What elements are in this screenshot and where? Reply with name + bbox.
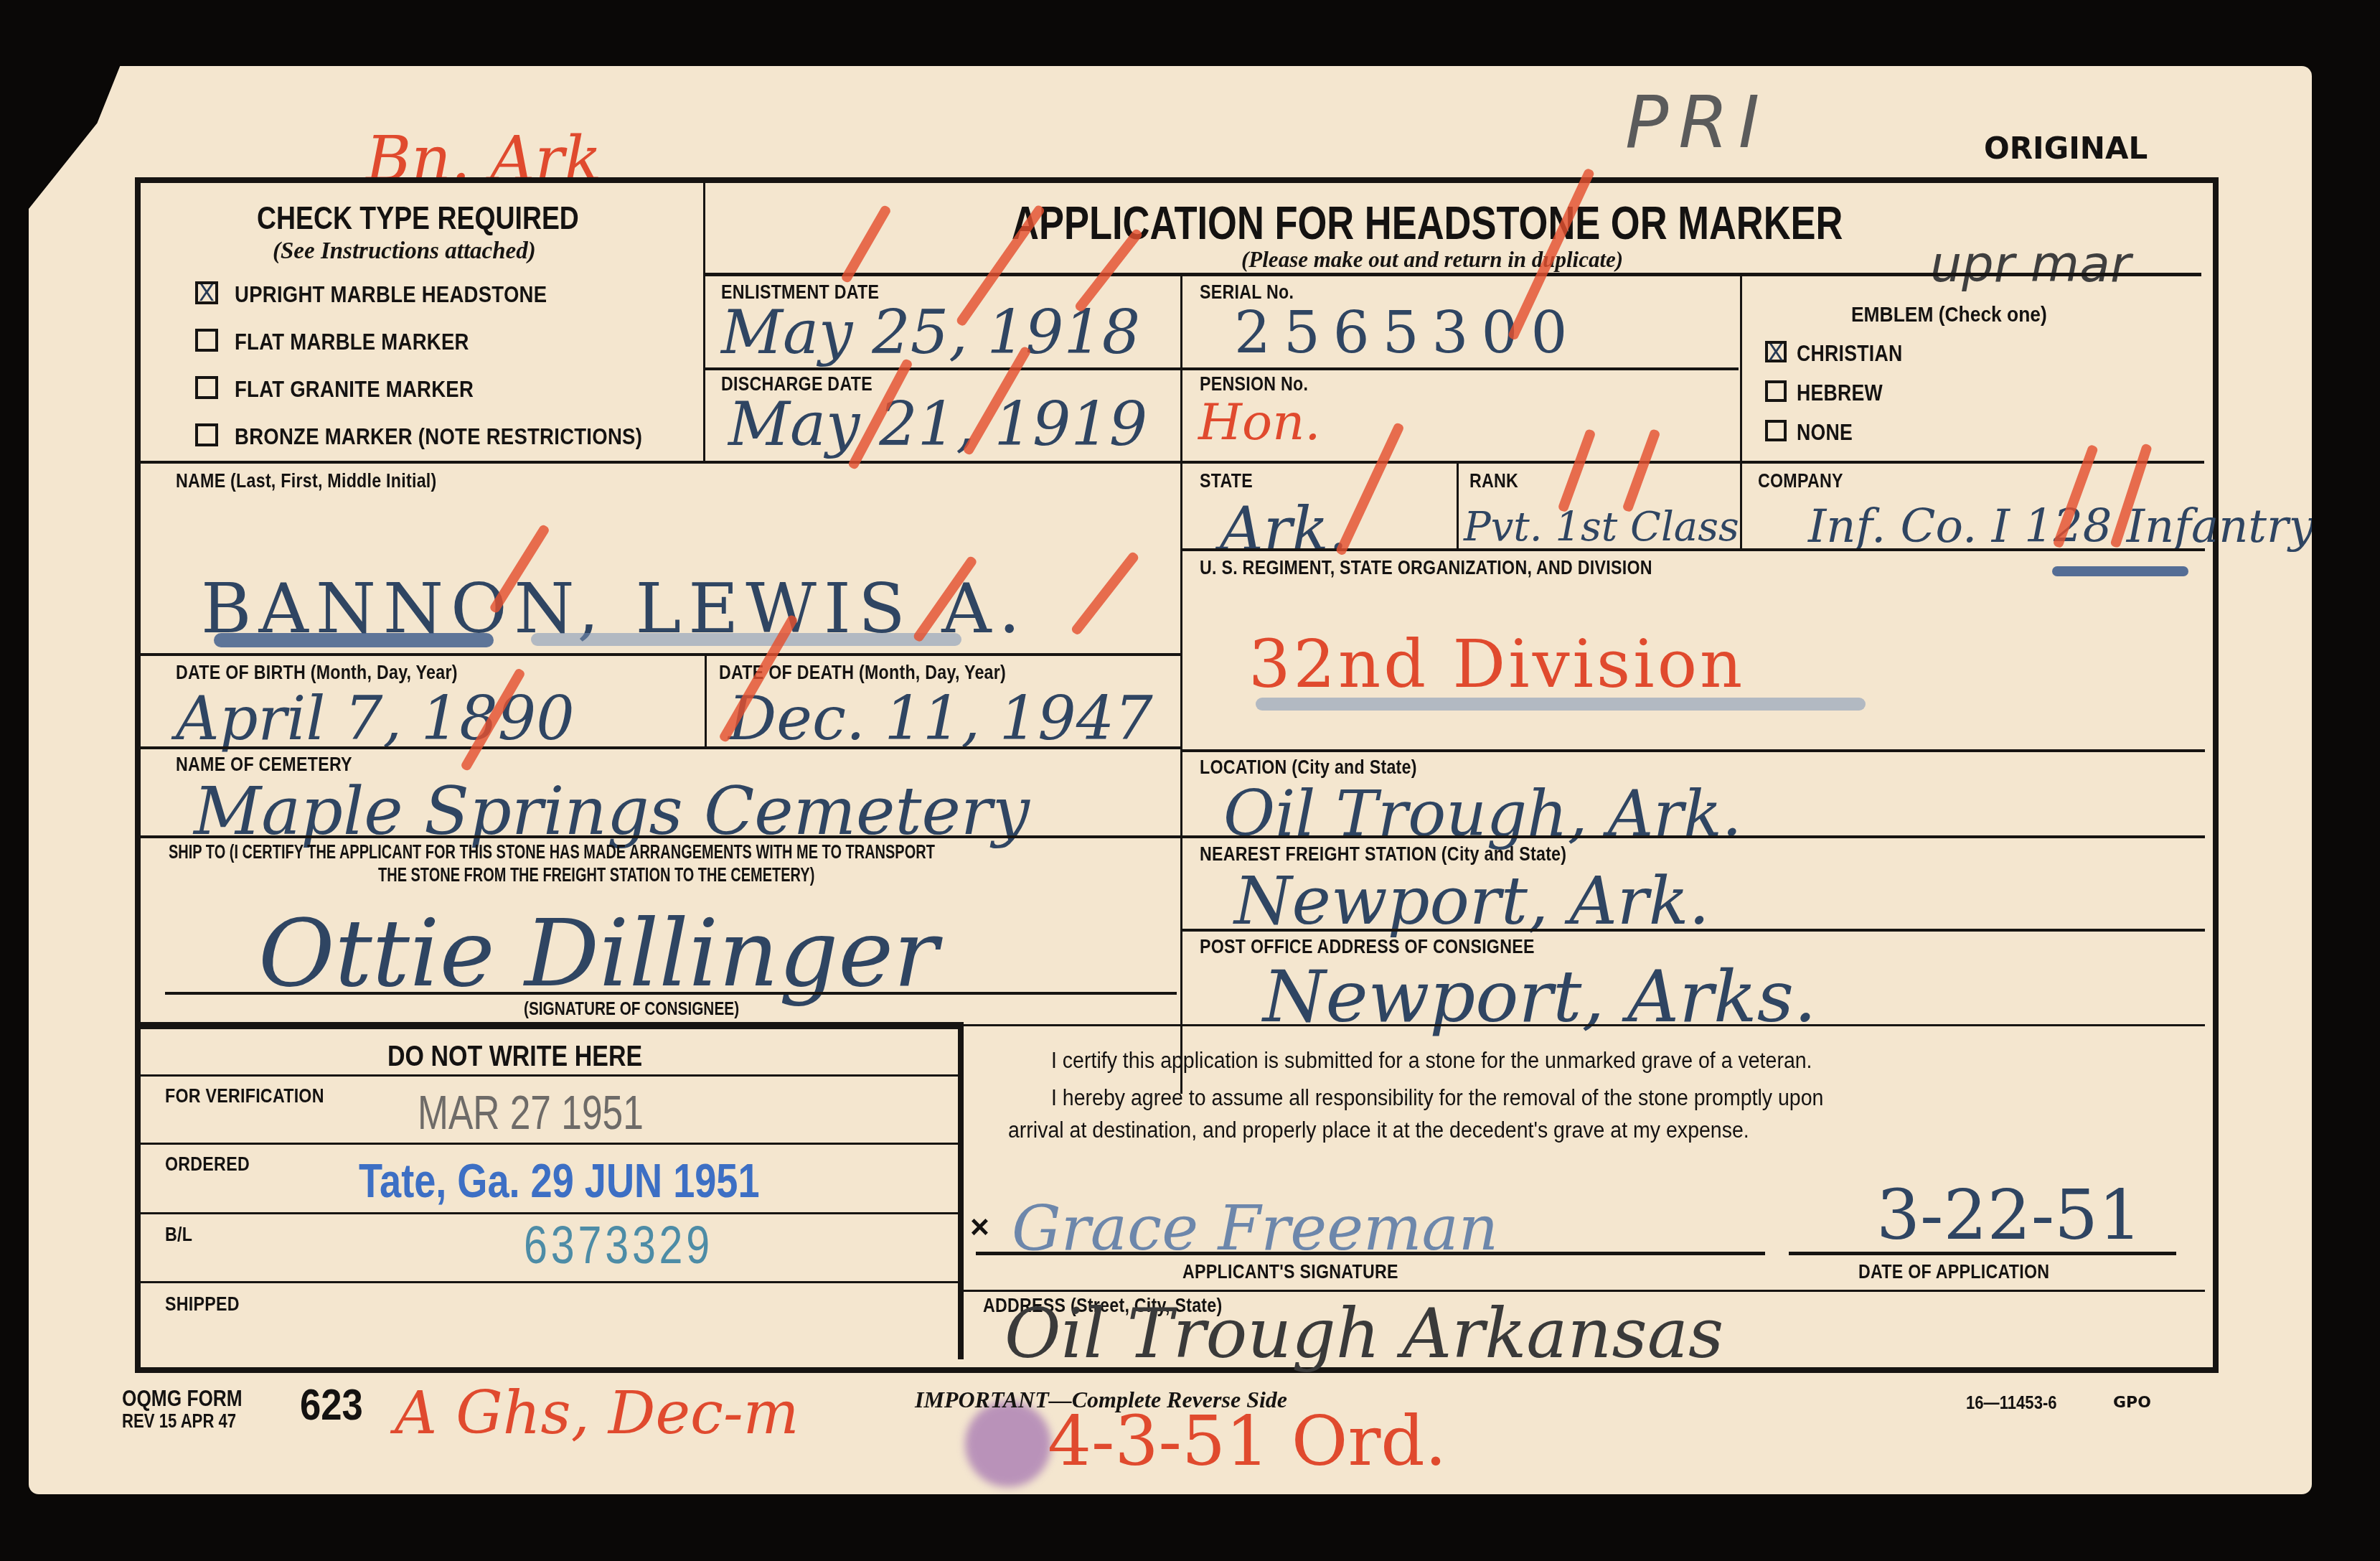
option-label: UPRIGHT MARBLE HEADSTONE [235,281,547,308]
checkbox-flat-granite[interactable] [195,376,218,399]
check-type-subtitle: (See Instructions attached) [273,238,536,265]
option-label: BRONZE MARKER (NOTE RESTRICTIONS) [235,423,642,450]
ordered-stamp: Tate, Ga. 29 JUN 1951 [359,1153,760,1208]
rule [705,367,1739,370]
checkbox-hebrew[interactable] [1765,380,1787,402]
check-type-title: CHECK TYPE REQUIRED [257,201,579,237]
checkbox-flat-marble[interactable] [195,329,218,352]
certification-line-3: arrival at destination, and properly pla… [1008,1117,1749,1143]
rule [705,273,2201,276]
location-label: LOCATION (City and State) [1200,756,1417,779]
ordered-label: ORDERED [165,1153,250,1176]
address-value[interactable]: Oil Trough Arkansas [1005,1293,1723,1374]
checkbox-upright-marble[interactable]: X [195,281,218,304]
form-number: 623 [300,1379,363,1430]
divider [1180,462,1182,1094]
rule [140,1281,958,1283]
red-note-hon: Hon. [1198,393,1321,451]
name-label: NAME (Last, First, Middle Initial) [176,470,437,492]
certification-line-1: I certify this application is submitted … [1051,1048,1812,1074]
birth-value[interactable]: April 7, 1890 [176,683,575,754]
blue-underline [214,633,494,647]
office-use-title: DO NOT WRITE HERE [387,1041,642,1073]
option-label: FLAT MARBLE MARKER [235,329,469,355]
emblem-title: EMBLEM (Check one) [1851,303,2047,327]
rule [964,1290,2205,1292]
signature-mark: × [970,1207,989,1246]
form-subtitle: (Please make out and return in duplicate… [1241,247,1623,273]
pencil-note-upr-mar: upr mar [1930,235,2131,294]
rank-value[interactable]: Pvt. 1st Class [1464,504,1739,550]
divider [705,655,707,748]
checkbox-none[interactable] [1765,420,1787,441]
bill-of-lading-stamp: 6373329 [524,1214,713,1275]
certification-line-2: I hereby agree to assume all responsibil… [1051,1085,1823,1111]
divider [1740,462,1742,548]
rule [976,1252,1765,1255]
state-value[interactable]: Ark. [1220,494,1347,564]
divider-heavy [958,1022,964,1359]
blue-underline [531,633,961,646]
divider [1740,276,1742,461]
rule [165,992,1177,995]
option-label: CHRISTIAN [1797,341,1902,367]
regiment-value[interactable]: 32nd Division [1248,626,1745,703]
blue-underline [1256,698,1866,711]
option-label: HEBREW [1797,380,1883,406]
divider [703,181,705,461]
bill-of-lading-label: B/L [165,1224,192,1246]
headstone-application-card: Bn. Ark PRI ORIGINAL CHECK TYPE REQUIRED… [29,66,2312,1494]
checkbox-christian[interactable]: X [1765,341,1787,362]
checkbox-bronze[interactable] [195,423,218,446]
consignee-signature-caption: (SIGNATURE OF CONSIGNEE) [524,998,739,1020]
application-date[interactable]: 3-22-51 [1876,1175,2142,1255]
state-label: STATE [1200,470,1253,492]
rule [138,461,2204,464]
print-code: 16—11453-6 [1966,1392,2057,1414]
rule [140,1074,958,1077]
discharge-value[interactable]: May 21, 1919 [728,389,1147,459]
ship-to-label-1: SHIP TO (I CERTIFY THE APPLICANT FOR THI… [169,841,935,863]
verification-stamp: MAR 27 1951 [418,1085,644,1140]
death-value[interactable]: Dec. 11, 1947 [728,683,1153,754]
rule [138,746,1180,749]
blue-underline [2052,566,2188,576]
printer-mark: GPO [2113,1394,2151,1412]
ship-to-label-2: THE STONE FROM THE FREIGHT STATION TO TH… [378,864,814,886]
rule [138,835,1180,838]
ink-smudge [965,1401,1051,1487]
rule [1182,835,2205,838]
rule [140,1143,958,1145]
divider [1457,462,1459,548]
pencil-note-pri: PRI [1625,80,1769,164]
rule-heavy [138,1022,959,1029]
company-label: COMPANY [1758,470,1843,492]
red-note-footer-left: A Ghs, Dec-m [395,1379,799,1448]
rule [138,653,1180,656]
rule [1182,929,2205,932]
option-label: NONE [1797,420,1853,446]
rule [964,1024,2205,1026]
birth-label: DATE OF BIRTH (Month, Day, Year) [176,662,458,684]
rank-label: RANK [1469,470,1518,492]
location-value[interactable]: Oil Trough, Ark. [1223,777,1742,850]
form-id-line-1: OQMG FORM [122,1385,243,1412]
freight-value[interactable]: Newport, Ark. [1234,863,1710,939]
form-id-line-2: REV 15 APR 47 [122,1410,236,1433]
rule [1789,1252,2176,1255]
red-note-footer-right: 4-3-51 Ord. [1048,1401,1447,1481]
shipped-label: SHIPPED [165,1293,240,1316]
copy-label: ORIGINAL [1984,131,2148,166]
verification-label: FOR VERIFICATION [165,1085,324,1107]
application-date-label: DATE OF APPLICATION [1858,1261,2049,1283]
applicant-signature-label: APPLICANT'S SIGNATURE [1182,1261,1398,1283]
rule [1182,749,2205,752]
option-label: FLAT GRANITE MARKER [235,376,474,403]
regiment-label: U. S. REGIMENT, STATE ORGANIZATION, AND … [1200,557,1652,579]
